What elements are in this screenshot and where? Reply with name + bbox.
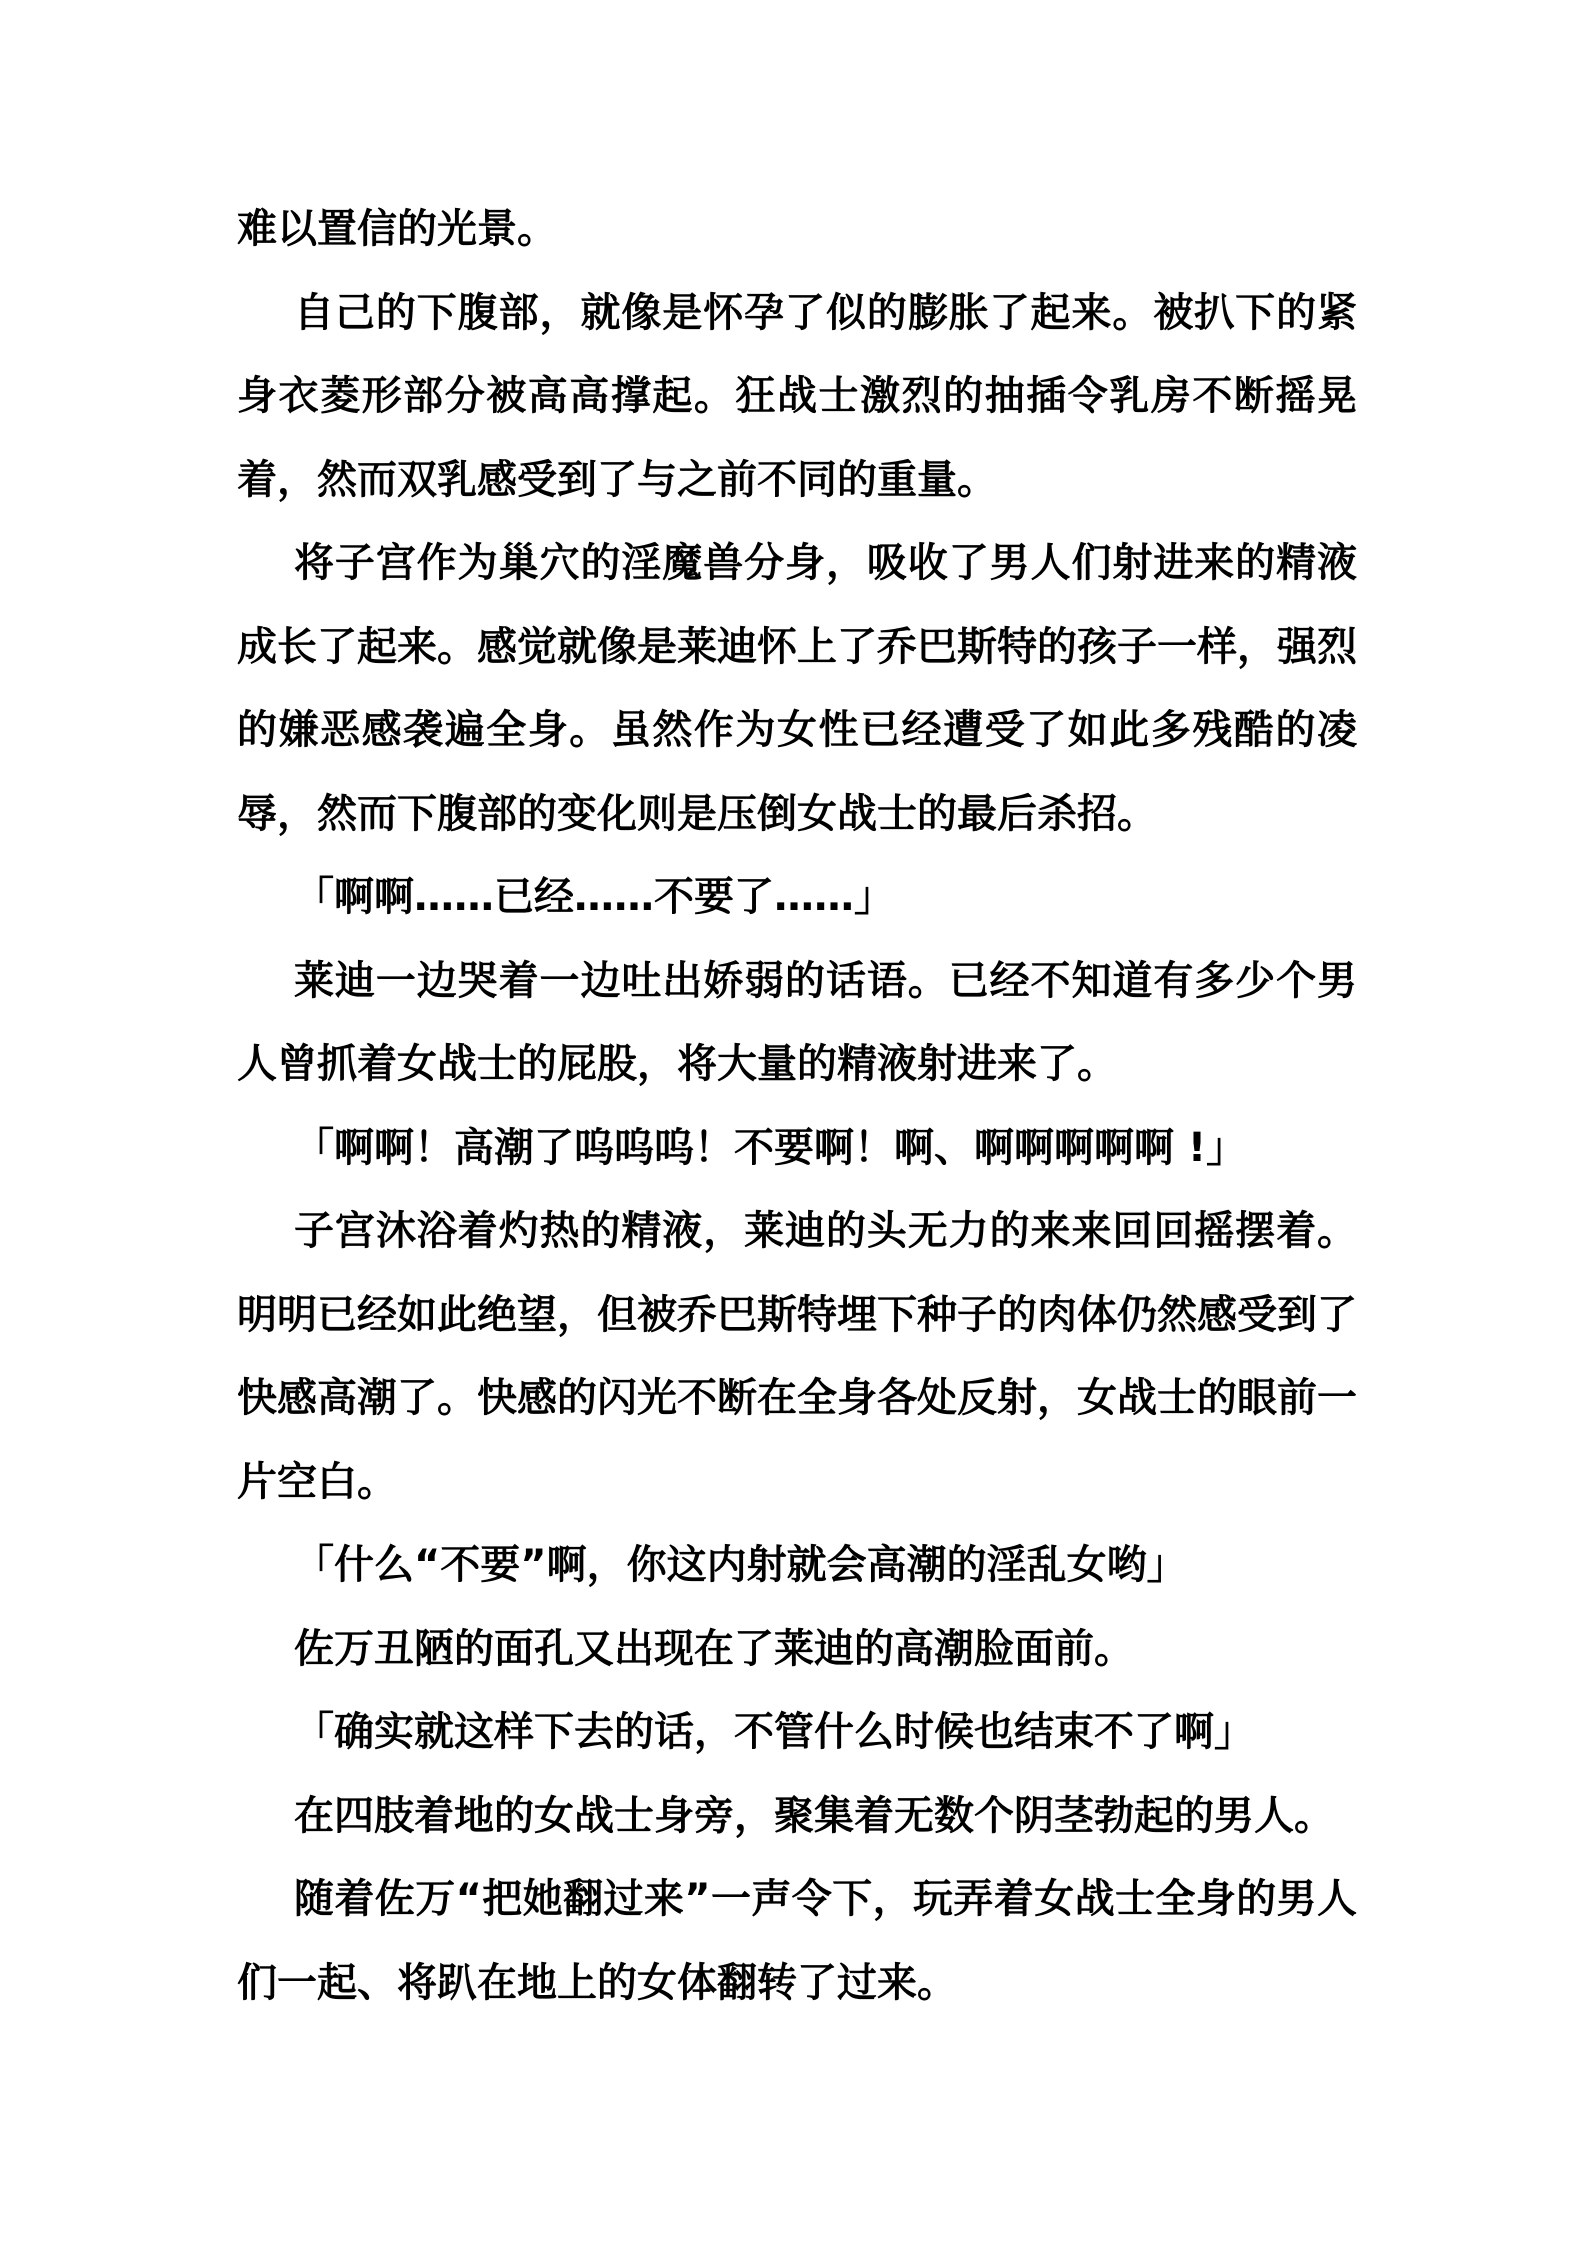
paragraph: 自己的下腹部，就像是怀孕了似的膨胀了起来。被扒下的紧身衣菱形部分被高高撑起。狂战… (237, 272, 1357, 523)
paragraph: 「确实就这样下去的话，不管什么时候也结束不了啊」 (237, 1691, 1357, 1775)
paragraph: 莱迪一边哭着一边吐出娇弱的话语。已经不知道有多少个男人曾抓着女战士的屁股，将大量… (237, 940, 1357, 1107)
text-block: 难以置信的光景。自己的下腹部，就像是怀孕了似的膨胀了起来。被扒下的紧身衣菱形部分… (237, 188, 1357, 2025)
paragraph: 难以置信的光景。 (237, 188, 1357, 272)
paragraph: 子宫沐浴着灼热的精液，莱迪的头无力的来来回回摇摆着。明明已经如此绝望，但被乔巴斯… (237, 1190, 1357, 1524)
paragraph: 随着佐万“把她翻过来”一声令下，玩弄着女战士全身的男人们一起、将趴在地上的女体翻… (237, 1858, 1357, 2025)
paragraph: 在四肢着地的女战士身旁，聚集着无数个阴茎勃起的男人。 (237, 1775, 1357, 1859)
document-page: 难以置信的光景。自己的下腹部，就像是怀孕了似的膨胀了起来。被扒下的紧身衣菱形部分… (0, 0, 1587, 2245)
paragraph: 将子宫作为巢穴的淫魔兽分身，吸收了男人们射进来的精液成长了起来。感觉就像是莱迪怀… (237, 522, 1357, 856)
paragraph: 佐万丑陋的面孔又出现在了莱迪的高潮脸面前。 (237, 1608, 1357, 1692)
paragraph: 「什么“不要”啊，你这内射就会高潮的淫乱女哟」 (237, 1524, 1357, 1608)
paragraph: 「啊啊……已经……不要了……」 (237, 856, 1357, 940)
paragraph: 「啊啊！高潮了呜呜呜！不要啊！啊、啊啊啊啊啊 !」 (237, 1107, 1357, 1191)
